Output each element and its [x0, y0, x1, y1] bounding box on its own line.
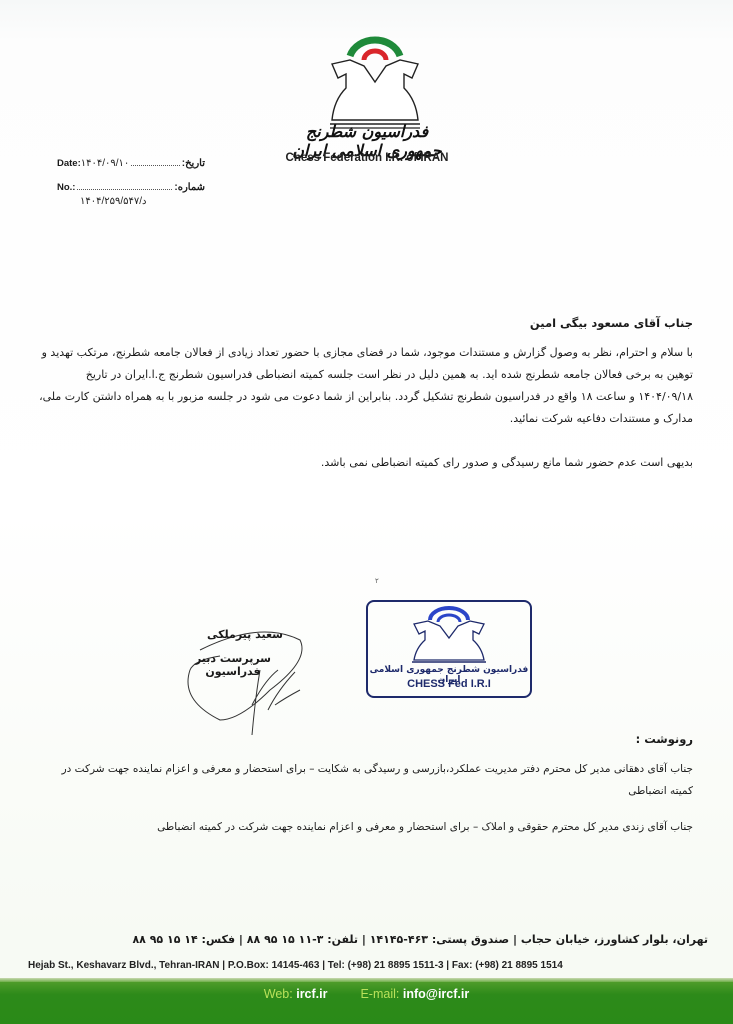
date-label-fa: تاریخ:: [182, 158, 205, 169]
body-paragraph-2: بدیهی است عدم حضور شما مانع رسیدگی و صدو…: [33, 452, 693, 474]
cc-title: رونوشت :: [636, 732, 693, 746]
date-dotted-line: [131, 157, 179, 166]
footer-links: Web: ircf.ir E-mail: info@ircf.ir: [0, 987, 733, 1001]
salutation: جناب آقای مسعود بیگی امین: [530, 316, 693, 330]
date-value: ۱۴۰۴/۰۹/۱۰: [81, 158, 130, 169]
web-label: Web:: [264, 987, 293, 1001]
stamp-logo-icon: [408, 606, 490, 664]
cc-item: جناب آقای زندی مدیر کل محترم حقوقی و امل…: [53, 816, 693, 838]
email-link[interactable]: info@ircf.ir: [403, 987, 469, 1001]
footer-address-en: Hejab St., Keshavarz Blvd., Tehran-IRAN …: [28, 960, 563, 971]
date-label-en: Date:: [57, 158, 81, 169]
letter-page: فدراسیون شطرنج جمهوری اسلامی ایران Chess…: [0, 0, 733, 1024]
number-label-fa: شماره:: [174, 182, 205, 193]
cc-item: جناب آقای دهقانی مدیر کل محترم دفتر مدیر…: [53, 758, 693, 802]
footer-address-fa: تهران، بلوار کشاورز، خیابان حجاب | صندوق…: [20, 933, 708, 946]
date-row: Date: ۱۴۰۴/۰۹/۱۰ تاریخ:: [57, 157, 205, 169]
number-label-en: No.:: [57, 182, 75, 193]
number-dotted-line: [77, 181, 172, 190]
signatory-title: سرپرست دبیر فدراسیون: [168, 652, 298, 678]
signatory-name: سعید پیرملکی: [190, 628, 300, 641]
number-row: No.: شماره:: [57, 181, 205, 193]
chess-federation-logo-icon: [320, 34, 430, 134]
org-name-en: Chess Federation I.R. of IRAN: [278, 152, 456, 164]
web-link[interactable]: ircf.ir: [296, 987, 327, 1001]
email-label: E-mail:: [360, 987, 399, 1001]
body-paragraph-1: با سلام و احترام، نظر به وصول گزارش و مس…: [33, 342, 693, 430]
stamp-org-name-en: CHESS Fed I.R.I: [366, 678, 532, 690]
number-value: ۱۴۰۴/۲۵۹/د/۵۴۷: [80, 196, 147, 207]
page-mark: ۲: [375, 577, 379, 585]
